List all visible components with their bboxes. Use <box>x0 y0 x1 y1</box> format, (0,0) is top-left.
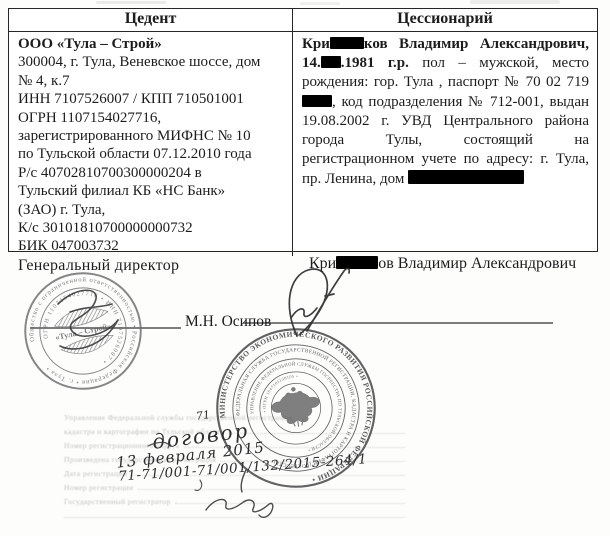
redaction-box <box>302 95 332 107</box>
assignor-account-line: Р/с 40702810700300000204 в <box>18 164 288 182</box>
assignor-inn-kpp: ИНН 7107526007 / КПП 710501001 <box>18 90 288 108</box>
assignee-signatory-name: Криов Владимир Александрович <box>309 255 576 273</box>
assignor-bank-line: (ЗАО) г. Тула, <box>18 201 288 219</box>
assignee-details: Криков Владимир Александрович, 14..1981 … <box>293 32 597 256</box>
assignor-registration-line: по Тульской области 07.12.2010 года <box>18 145 288 163</box>
assignor-address-line: № 4, к.7 <box>18 72 288 90</box>
scan-artifact <box>470 0 560 4</box>
assignor-signatory-name: М.Н. Осипов <box>185 313 271 331</box>
assignee-signatory-name-part: ов Владимир Александрович <box>378 255 576 272</box>
assignee-signatory-name-part: Кри <box>309 255 336 272</box>
assignor-registration-line: зарегистрированного МИФНС № 10 <box>18 127 288 145</box>
scan-artifact <box>96 1 166 4</box>
redaction-box <box>336 256 378 269</box>
redaction-box <box>321 56 341 68</box>
assignor-company-name: ООО «Тула – Строй» <box>18 35 288 53</box>
assignor-ogrn: ОГРН 1107154027716, <box>18 109 288 127</box>
parties-table-header: Цедент Цессионарий <box>9 9 597 32</box>
redaction-box <box>330 37 364 49</box>
signature-line-assignee <box>243 322 553 324</box>
assignor-header: Цедент <box>9 9 293 31</box>
registration-stamp-line <box>64 506 408 520</box>
assignor-corr-account: К/с 30101810700000000732 <box>18 219 288 237</box>
scan-artifact <box>300 2 340 5</box>
assignor-address-line: 300004, г. Тула, Веневское шоссе, дом <box>18 53 288 71</box>
redaction-box <box>408 170 524 184</box>
assignee-birth-year: .1981 г.р. <box>341 55 409 71</box>
parties-table: Цедент Цессионарий ООО «Тула – Строй» 30… <box>8 8 598 252</box>
assignor-details: ООО «Тула – Строй» 300004, г. Тула, Вене… <box>9 32 293 256</box>
company-seal: Общество с ограниченной ответственностью… <box>11 259 156 404</box>
assignor-bik: БИК 047003732 <box>18 237 288 255</box>
handwritten-district-number: 71 <box>195 408 211 423</box>
assignee-name-part: Кри <box>302 36 330 52</box>
assignee-header: Цессионарий <box>293 9 597 31</box>
assignor-bank-line: Тульский филиал КБ «НС Банк» <box>18 182 288 200</box>
